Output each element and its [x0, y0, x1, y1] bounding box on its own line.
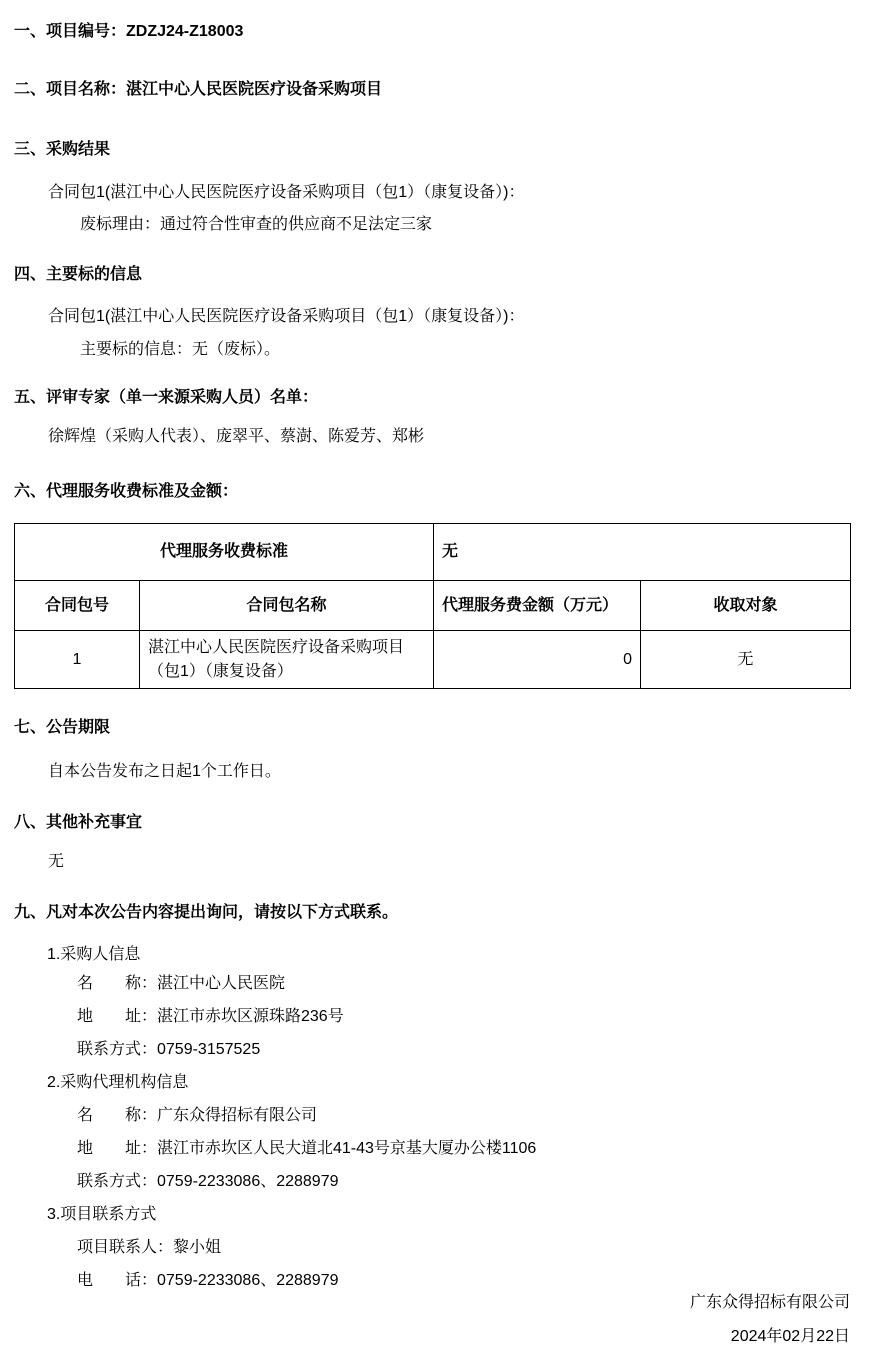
purchaser-phone-line: 联系方式：0759-3157525 [77, 1040, 260, 1059]
purchaser-info-heading: 1.采购人信息 [47, 945, 140, 964]
project-contact-heading: 3.项目联系方式 [47, 1205, 156, 1224]
header-package-name: 合同包名称 [140, 581, 434, 631]
announcement-period-heading: 七、公告期限 [14, 718, 110, 737]
contact-instructions-heading: 九、凡对本次公告内容提出询问，请按以下方式联系。 [14, 903, 398, 922]
agency-fee-heading: 六、代理服务收费标准及金额： [14, 482, 238, 501]
fee-standard-row: 代理服务收费标准 无 [15, 524, 851, 581]
header-fee-amount: 代理服务费金额（万元） [434, 581, 641, 631]
expert-names-line: 徐辉煌（采购人代表）、庞翠平、蔡澍、陈爱芳、郑彬 [48, 427, 424, 446]
header-charge-target: 收取对象 [641, 581, 851, 631]
cell-package-no: 1 [15, 631, 140, 689]
announcement-period-line: 自本公告发布之日起1个工作日。 [48, 762, 281, 781]
project-phone-line: 电 话：0759-2233086、2288979 [77, 1271, 339, 1290]
agency-name-line: 名 称：广东众得招标有限公司 [77, 1106, 317, 1125]
project-contact-person-line: 项目联系人：黎小姐 [77, 1238, 221, 1257]
project-number-heading: 一、项目编号：ZDZJ24-Z18003 [14, 22, 243, 41]
main-subject-info-line: 主要标的信息：无（废标）。 [80, 340, 280, 359]
main-subject-heading: 四、主要标的信息 [14, 265, 142, 284]
cell-fee-amount: 0 [434, 631, 641, 689]
header-package-no: 合同包号 [15, 581, 140, 631]
cell-package-name: 湛江中心人民医院医疗设备采购项目（包1）（康复设备） [140, 631, 434, 689]
footer-company-name: 广东众得招标有限公司 [690, 1293, 850, 1312]
fee-standard-value-cell: 无 [434, 524, 851, 581]
result-package-line: 合同包1(湛江中心人民医院医疗设备采购项目（包1）（康复设备）)： [48, 183, 524, 202]
agency-fee-table: 代理服务收费标准 无 合同包号 合同包名称 代理服务费金额（万元） 收取对象 1… [14, 523, 851, 689]
project-name-heading: 二、项目名称：湛江中心人民医院医疗设备采购项目 [14, 80, 382, 99]
fee-standard-label-cell: 代理服务收费标准 [15, 524, 434, 581]
subject-package-line: 合同包1(湛江中心人民医院医疗设备采购项目（包1）（康复设备）)： [48, 307, 524, 326]
agency-phone-line: 联系方式：0759-2233086、2288979 [77, 1172, 339, 1191]
other-matters-heading: 八、其他补充事宜 [14, 813, 142, 832]
fee-table-header-row: 合同包号 合同包名称 代理服务费金额（万元） 收取对象 [15, 581, 851, 631]
procurement-result-heading: 三、采购结果 [14, 140, 110, 159]
procurement-announcement-document: 一、项目编号：ZDZJ24-Z18003 二、项目名称：湛江中心人民医院医疗设备… [0, 0, 873, 1362]
purchaser-address-line: 地 址：湛江市赤坎区源珠路236号 [77, 1007, 344, 1026]
cell-charge-target: 无 [641, 631, 851, 689]
rejection-reason-line: 废标理由：通过符合性审查的供应商不足法定三家 [80, 215, 432, 234]
purchaser-name-line: 名 称：湛江中心人民医院 [77, 974, 285, 993]
agency-address-line: 地 址：湛江市赤坎区人民大道北41-43号京基大厦办公楼1106 [77, 1139, 536, 1158]
review-experts-heading: 五、评审专家（单一来源采购人员）名单： [14, 388, 318, 407]
other-matters-line: 无 [48, 852, 64, 871]
agency-info-heading: 2.采购代理机构信息 [47, 1073, 188, 1092]
footer-date: 2024年02月22日 [731, 1327, 850, 1346]
fee-table-data-row: 1 湛江中心人民医院医疗设备采购项目（包1）（康复设备） 0 无 [15, 631, 851, 689]
